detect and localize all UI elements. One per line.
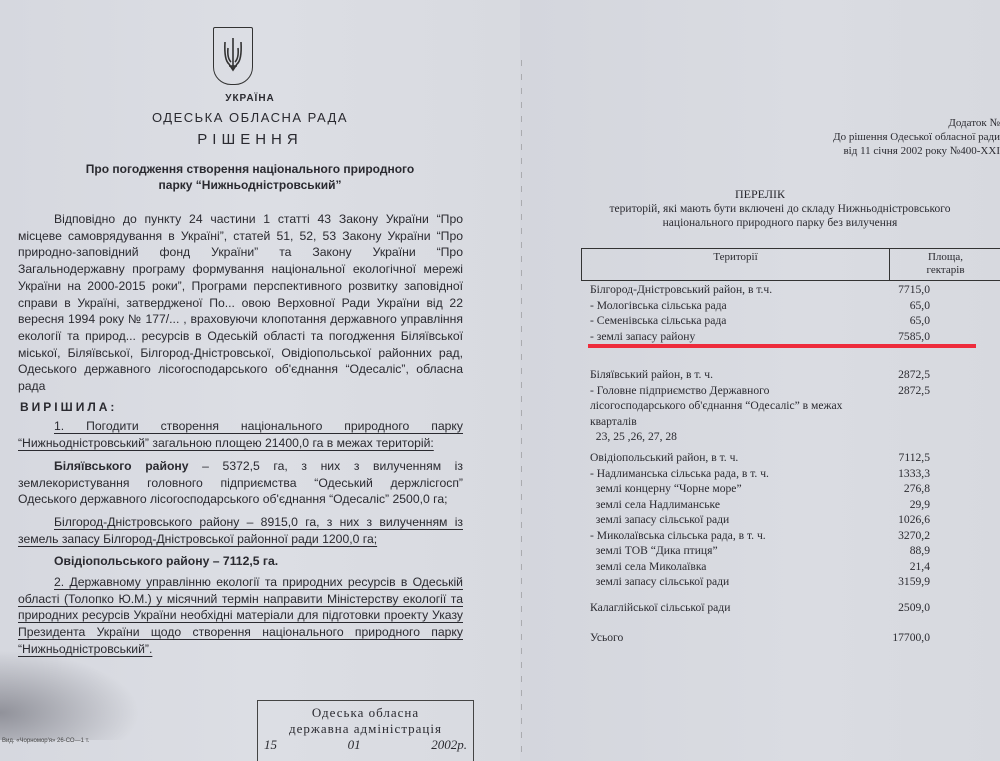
bilyaivka-district-label: Біляївського району [54, 459, 189, 473]
table-group: Біляївський район, в т. ч.2872,5- Головн… [590, 367, 930, 445]
area-value: 17700,0 [870, 630, 930, 646]
area-value: 7585,0 [870, 329, 930, 345]
decision-item-1a: Біляївського району – 5372,5 га, з них з… [18, 458, 463, 508]
territory-name: землі села Надлиманське [590, 497, 720, 513]
table-row: кварталів [590, 414, 930, 430]
page-fold-line [521, 60, 522, 760]
table-row: землі запасу сільської ради1026,6 [590, 512, 930, 528]
addendum-date: від 11 січня 2002 року №400-XXI [833, 144, 1000, 158]
table-row: - Мологівська сільська рада65,0 [590, 298, 930, 314]
list-subtitle-line2: національного природного парку без вилуч… [520, 216, 1000, 230]
area-column-header: Площа, гектарів [890, 249, 1000, 280]
territory-name: - Надлиманська сільська рада, в т. ч. [590, 466, 769, 482]
area-value [870, 398, 930, 414]
territory-name: Калаглійської сільської ради [590, 600, 730, 616]
territory-name: землі ТОВ “Дика птиця” [590, 543, 718, 559]
area-value: 1026,6 [870, 512, 930, 528]
area-value: 21,4 [870, 559, 930, 575]
territory-name: землі села Миколаївка [590, 559, 706, 575]
table-row: - Надлиманська сільська рада, в т. ч.133… [590, 466, 930, 482]
table-row: землі ТОВ “Дика птиця”88,9 [590, 543, 930, 559]
territory-name: - Семенівська сільська рада [590, 313, 726, 329]
decision-item-1b: Білгород-Дністровського району – 8915,0 … [18, 514, 463, 547]
decision-item-2: 2. Державному управлінню екології та при… [18, 574, 463, 658]
area-value: 276,8 [870, 481, 930, 497]
stamp-date: 15 01 2002р. [258, 737, 473, 753]
territory-name: землі запасу сільської ради [590, 574, 729, 590]
list-subtitle-line1: територій, які мають бути включені до ск… [520, 202, 1000, 216]
table-row: землі запасу сільської ради3159,9 [590, 574, 930, 590]
table-row: лісогосподарського об'єднання “Одесаліс”… [590, 398, 930, 414]
decided-heading: ВИРІШИЛА: [20, 400, 117, 414]
territory-name: - Миколаївська сільська рада, в т. ч. [590, 528, 766, 544]
addendum-header: Додаток № До рішення Одеської обласної р… [833, 116, 1000, 158]
territory-name: землі концерну “Чорне море” [590, 481, 742, 497]
table-row: - землі запасу району7585,0 [590, 329, 930, 345]
area-value: 3159,9 [870, 574, 930, 590]
photo-shadow [0, 650, 140, 740]
stamp-month: 01 [348, 737, 361, 753]
territory-column-header: Території [582, 249, 890, 280]
area-value: 7112,5 [870, 450, 930, 466]
area-value [870, 429, 930, 445]
territory-name: Усього [590, 630, 623, 646]
table-row: Овідіопольський район, в т. ч.7112,5 [590, 450, 930, 466]
area-value: 2872,5 [870, 383, 930, 399]
decision-item-1: 1. Погодити створення національного прир… [18, 418, 463, 451]
red-highlight-underline [588, 344, 976, 348]
council-heading: ОДЕСЬКА ОБЛАСНА РАДА [0, 110, 500, 125]
table-row: землі села Надлиманське29,9 [590, 497, 930, 513]
table-group: Усього17700,0 [590, 630, 930, 646]
preamble-paragraph: Відповідно до пункту 24 частини 1 статті… [18, 211, 463, 395]
table-group: Білгород-Дністровський район, в т.ч.7715… [590, 282, 930, 344]
area-value: 3270,2 [870, 528, 930, 544]
territory-name: - Мологівська сільська рада [590, 298, 727, 314]
list-subtitle: територій, які мають бути включені до ск… [520, 202, 1000, 230]
area-value: 88,9 [870, 543, 930, 559]
list-title: ПЕРЕЛІК [520, 187, 1000, 202]
territory-name: - землі запасу району [590, 329, 695, 345]
area-value: 65,0 [870, 313, 930, 329]
table-row: - Головне підприємство Державного2872,5 [590, 383, 930, 399]
territory-name: кварталів [590, 414, 637, 430]
stamp-line2: державна адміністрація [258, 721, 473, 737]
table-row: - Семенівська сільська рада65,0 [590, 313, 930, 329]
table-row: землі села Миколаївка21,4 [590, 559, 930, 575]
stamp-line1: Одеська обласна [258, 705, 473, 721]
decision-item-1c: Овідіопольського району – 7112,5 га. [18, 553, 463, 570]
stamp-year: 2002р. [431, 737, 467, 753]
area-value: 7715,0 [870, 282, 930, 298]
trident-coat-of-arms-icon [213, 27, 253, 85]
territory-name: Білгород-Дністровський район, в т.ч. [590, 282, 772, 298]
table-row: Калаглійської сільської ради2509,0 [590, 600, 930, 616]
table-row: Білгород-Дністровський район, в т.ч.7715… [590, 282, 930, 298]
printer-note: Вид. «Чорномор'я» 26-СО—1 т. [2, 738, 89, 744]
table-row: Усього17700,0 [590, 630, 930, 646]
table-row: - Миколаївська сільська рада, в т. ч.327… [590, 528, 930, 544]
table-row: 23, 25 ,26, 27, 28 [590, 429, 930, 445]
area-value: 1333,3 [870, 466, 930, 482]
registration-stamp: Одеська обласна державна адміністрація 1… [257, 700, 474, 761]
decision-title-line1: Про погодження створення національного п… [0, 161, 500, 177]
country-heading: УКРАЇНА [0, 93, 500, 104]
area-value [870, 414, 930, 430]
territory-name: 23, 25 ,26, 27, 28 [590, 429, 677, 445]
stamp-day: 15 [264, 737, 277, 753]
table-row: землі концерну “Чорне море”276,8 [590, 481, 930, 497]
table-group: Овідіопольський район, в т. ч.7112,5- На… [590, 450, 930, 590]
area-value: 2509,0 [870, 600, 930, 616]
territory-name: лісогосподарського об'єднання “Одесаліс”… [590, 398, 842, 414]
addendum-number: Додаток № [833, 116, 1000, 130]
territory-name: - Головне підприємство Державного [590, 383, 769, 399]
territory-name: землі запасу сільської ради [590, 512, 729, 528]
addendum-reference: До рішення Одеської обласної ради [833, 130, 1000, 144]
area-value: 65,0 [870, 298, 930, 314]
territory-name: Овідіопольський район, в т. ч. [590, 450, 738, 466]
decision-title: Про погодження створення національного п… [0, 161, 500, 193]
territory-name: Біляївський район, в т. ч. [590, 367, 713, 383]
table-row: Біляївський район, в т. ч.2872,5 [590, 367, 930, 383]
area-header-line1: Площа, [890, 251, 1000, 264]
territories-table-header: Території Площа, гектарів [581, 248, 1000, 281]
area-header-line2: гектарів [890, 264, 1000, 277]
document-type-heading: РІШЕННЯ [0, 131, 500, 148]
area-value: 2872,5 [870, 367, 930, 383]
table-group: Калаглійської сільської ради2509,0 [590, 600, 930, 616]
decision-title-line2: парку “Нижньодністровський” [0, 177, 500, 193]
area-value: 29,9 [870, 497, 930, 513]
